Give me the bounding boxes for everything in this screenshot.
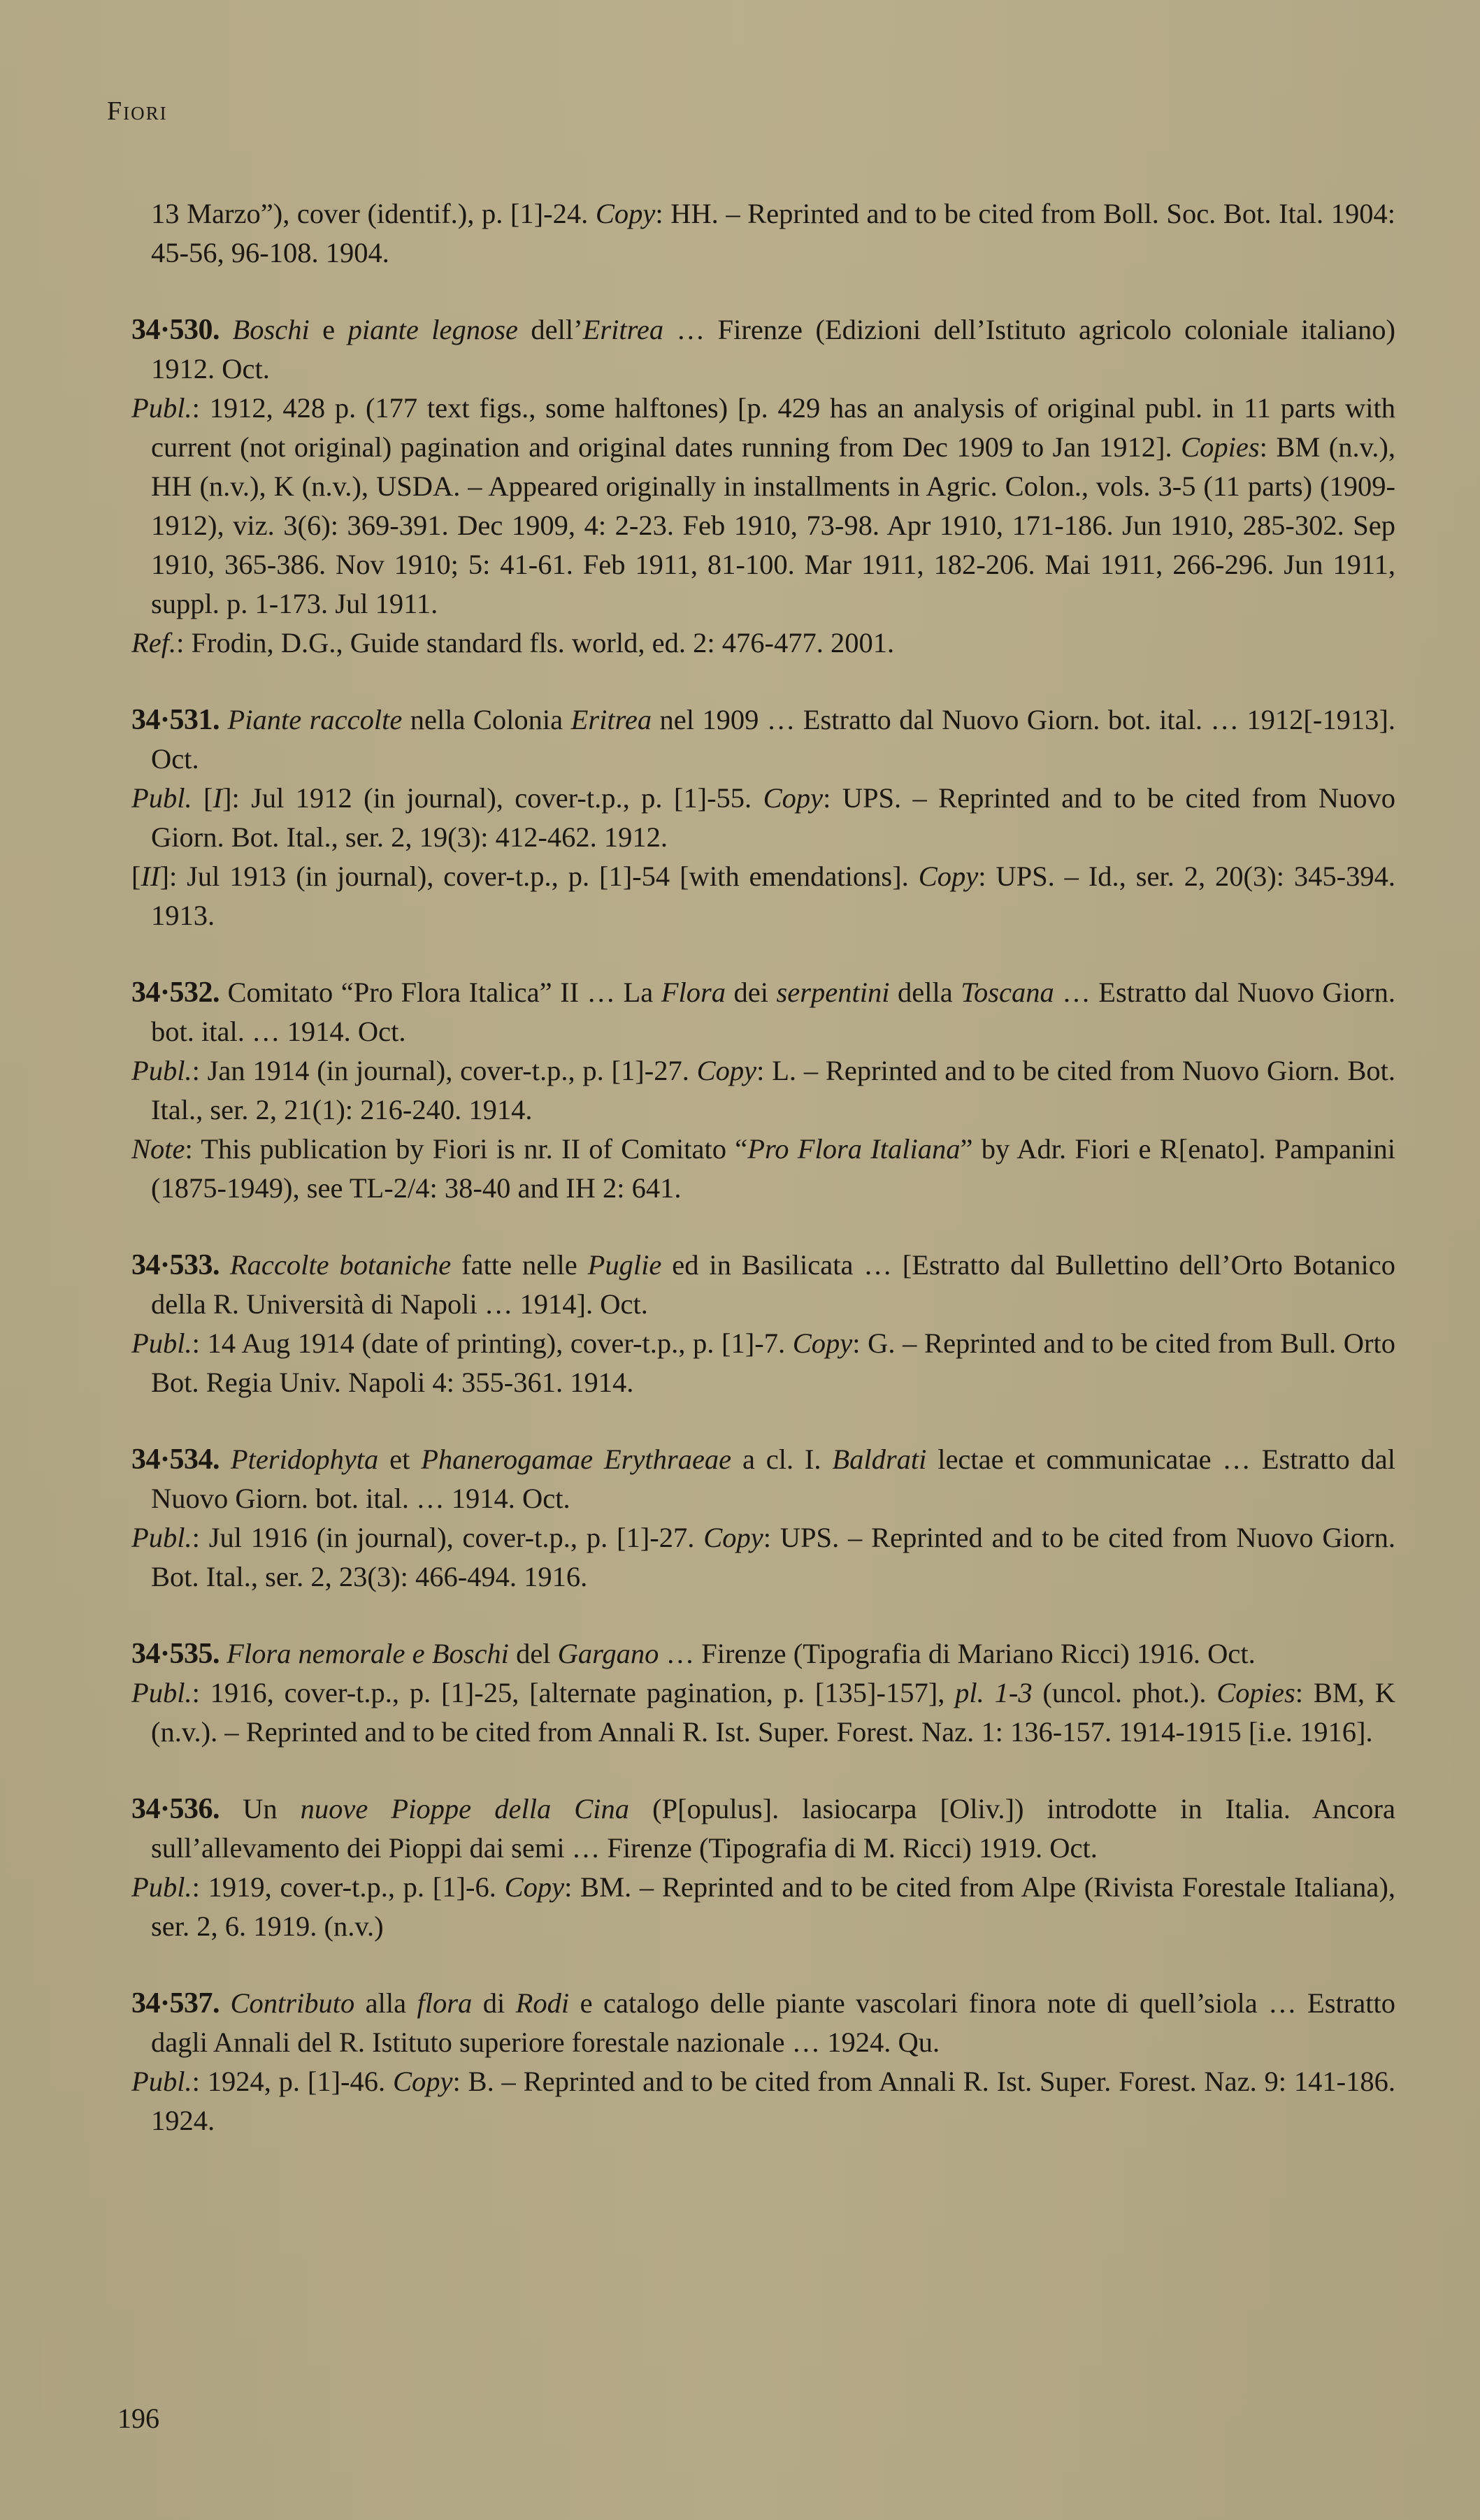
entry-number: 34·533. bbox=[131, 1249, 220, 1281]
entry-heading: 34·536. Un nuove Pioppe della Cina (P[op… bbox=[131, 1790, 1395, 1868]
page-number: 196 bbox=[117, 2405, 159, 2433]
entry-detail: Publ.: Jan 1914 (in journal), cover-t.p.… bbox=[131, 1051, 1395, 1130]
entry-heading: 34·530. Boschi e piante legnose dell’Eri… bbox=[131, 310, 1395, 389]
entry-title: Contributo alla flora di Rodi e catalogo… bbox=[151, 1987, 1395, 2058]
entry-heading: 34·533. Raccolte botaniche fatte nelle P… bbox=[131, 1246, 1395, 1324]
entry-heading: 34·531. Piante raccolte nella Colonia Er… bbox=[131, 700, 1395, 779]
bibliography-entry: 34·535. Flora nemorale e Boschi del Garg… bbox=[131, 1634, 1395, 1752]
entry-list: 34·530. Boschi e piante legnose dell’Eri… bbox=[131, 310, 1395, 2140]
bibliography-entry: 34·537. Contributo alla flora di Rodi e … bbox=[131, 1984, 1395, 2140]
continuation-paragraph: 13 Marzo”), cover (identif.), p. [1]-24.… bbox=[131, 194, 1395, 273]
entry-title: Raccolte botaniche fatte nelle Puglie ed… bbox=[151, 1249, 1395, 1320]
bibliography-text: 13 Marzo”), cover (identif.), p. [1]-24.… bbox=[131, 194, 1395, 2140]
entry-heading: 34·534. Pteridophyta et Phanerogamae Ery… bbox=[131, 1440, 1395, 1518]
entry-number: 34·532. bbox=[131, 977, 220, 1009]
entry-title: Un nuove Pioppe della Cina (P[opulus]. l… bbox=[151, 1793, 1395, 1864]
entry-detail: Publ. [I]: Jul 1912 (in journal), cover-… bbox=[131, 779, 1395, 857]
entry-detail: [II]: Jul 1913 (in journal), cover-t.p.,… bbox=[131, 857, 1395, 935]
bibliography-entry: 34·533. Raccolte botaniche fatte nelle P… bbox=[131, 1246, 1395, 1402]
bibliography-entry: 34·531. Piante raccolte nella Colonia Er… bbox=[131, 700, 1395, 935]
entry-number: 34·536. bbox=[131, 1793, 220, 1825]
entry-number: 34·537. bbox=[131, 1987, 220, 2019]
entry-detail: Publ.: 1924, p. [1]-46. Copy: B. – Repri… bbox=[131, 2062, 1395, 2140]
entry-number: 34·534. bbox=[131, 1443, 220, 1476]
bibliography-entry: 34·536. Un nuove Pioppe della Cina (P[op… bbox=[131, 1790, 1395, 1946]
entry-number: 34·535. bbox=[131, 1638, 220, 1670]
entry-title: Flora nemorale e Boschi del Gargano … Fi… bbox=[220, 1638, 1256, 1669]
bibliography-entry: 34·534. Pteridophyta et Phanerogamae Ery… bbox=[131, 1440, 1395, 1597]
entry-detail: Publ.: 1912, 428 p. (177 text figs., som… bbox=[131, 389, 1395, 624]
entry-detail: Publ.: 1916, cover-t.p., p. [1]-25, [alt… bbox=[131, 1673, 1395, 1752]
entry-number: 34·531. bbox=[131, 704, 220, 736]
bibliography-entry: 34·530. Boschi e piante legnose dell’Eri… bbox=[131, 310, 1395, 663]
entry-heading: 34·535. Flora nemorale e Boschi del Garg… bbox=[131, 1634, 1395, 1673]
bibliography-entry: 34·532. Comitato “Pro Flora Italica” II … bbox=[131, 973, 1395, 1208]
entry-heading: 34·537. Contributo alla flora di Rodi e … bbox=[131, 1984, 1395, 2062]
entry-number: 34·530. bbox=[131, 314, 220, 346]
running-head: Fiori bbox=[107, 98, 168, 124]
entry-detail: Ref.: Frodin, D.G., Guide standard fls. … bbox=[131, 624, 1395, 663]
entry-detail: Publ.: 14 Aug 1914 (date of printing), c… bbox=[131, 1324, 1395, 1402]
entry-heading: 34·532. Comitato “Pro Flora Italica” II … bbox=[131, 973, 1395, 1051]
entry-title: Boschi e piante legnose dell’Eritrea … F… bbox=[151, 314, 1395, 384]
entry-title: Piante raccolte nella Colonia Eritrea ne… bbox=[151, 704, 1395, 775]
entry-detail: Note: This publication by Fiori is nr. I… bbox=[131, 1130, 1395, 1208]
entry-title: Pteridophyta et Phanerogamae Erythraeae … bbox=[151, 1443, 1395, 1514]
entry-title: Comitato “Pro Flora Italica” II … La Flo… bbox=[151, 977, 1395, 1047]
entry-detail: Publ.: Jul 1916 (in journal), cover-t.p.… bbox=[131, 1518, 1395, 1597]
entry-detail: Publ.: 1919, cover-t.p., p. [1]-6. Copy:… bbox=[131, 1868, 1395, 1946]
